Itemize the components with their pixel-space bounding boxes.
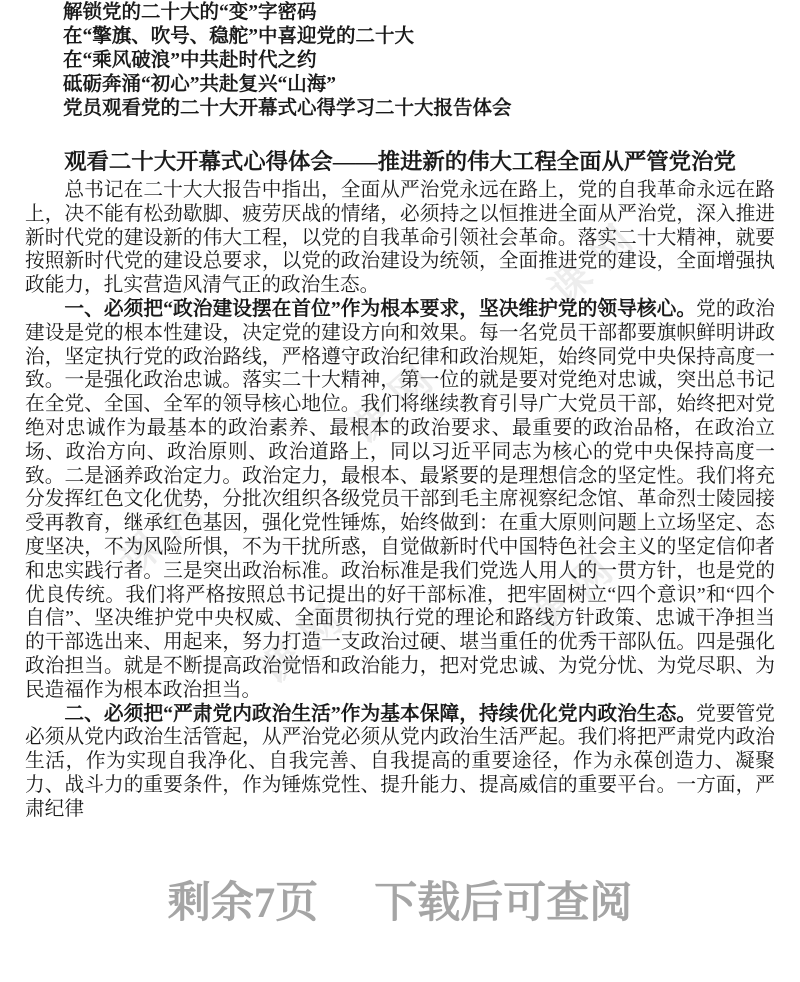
article-title: 观看二十大开幕式心得体会——推进新的伟大工程全面从严管党治党	[25, 149, 775, 175]
article-content: 总书记在二十大大报告中指出，全面从严治党永远在路上，党的自我革命永远在路上，决不…	[25, 179, 775, 822]
list-item: 在“擎旗、吹号、稳舵”中喜迎党的二十大	[63, 25, 775, 49]
paragraph: 一、必须把“政治建设摆在首位”作为根本要求，坚决维护党的领导核心。党的政治建设是…	[25, 298, 775, 703]
document-page: 课网 课网 课网 课网 课网 解锁党的二十大的“变”字密码 在“擎旗、吹号、稳舵…	[0, 0, 800, 982]
download-hint-label: 下载后可查阅	[374, 880, 632, 927]
paragraph-text: 总书记在二十大大报告中指出，全面从严治党永远在路上，党的自我革命永远在路上，决不…	[25, 179, 775, 296]
paragraph: 二、必须把“严肃党内政治生活”作为基本保障，持续优化党内政治生态。党要管党必须从…	[25, 703, 775, 822]
paragraph-bold-lead: 二、必须把“严肃党内政治生活”作为基本保障，持续优化党内政治生态。	[64, 703, 696, 725]
related-titles-list: 解锁党的二十大的“变”字密码 在“擎旗、吹号、稳舵”中喜迎党的二十大 在“乘风破…	[63, 0, 775, 121]
pages-remaining-label: 剩余7页	[168, 880, 319, 927]
document-body: 解锁党的二十大的“变”字密码 在“擎旗、吹号、稳舵”中喜迎党的二十大 在“乘风破…	[0, 0, 800, 822]
paragraph-text: 党的政治建设是党的根本性建设，决定党的建设方向和效果。每一名党员干部都要旗帜鲜明…	[25, 298, 775, 701]
paragraph-bold-lead: 一、必须把“政治建设摆在首位”作为根本要求，坚决维护党的领导核心。	[64, 298, 696, 320]
paragraph: 总书记在二十大大报告中指出，全面从严治党永远在路上，党的自我革命永远在路上，决不…	[25, 179, 775, 298]
list-item: 党员观看党的二十大开幕式心得学习二十大报告体会	[63, 97, 775, 121]
list-item: 砥砺奔涌“初心”共赴复兴“山海”	[63, 73, 775, 97]
list-item: 解锁党的二十大的“变”字密码	[63, 1, 775, 25]
list-item: 在“乘风破浪”中共赴时代之约	[63, 49, 775, 73]
pages-remaining-notice: 剩余7页下载后可查阅	[0, 878, 800, 930]
